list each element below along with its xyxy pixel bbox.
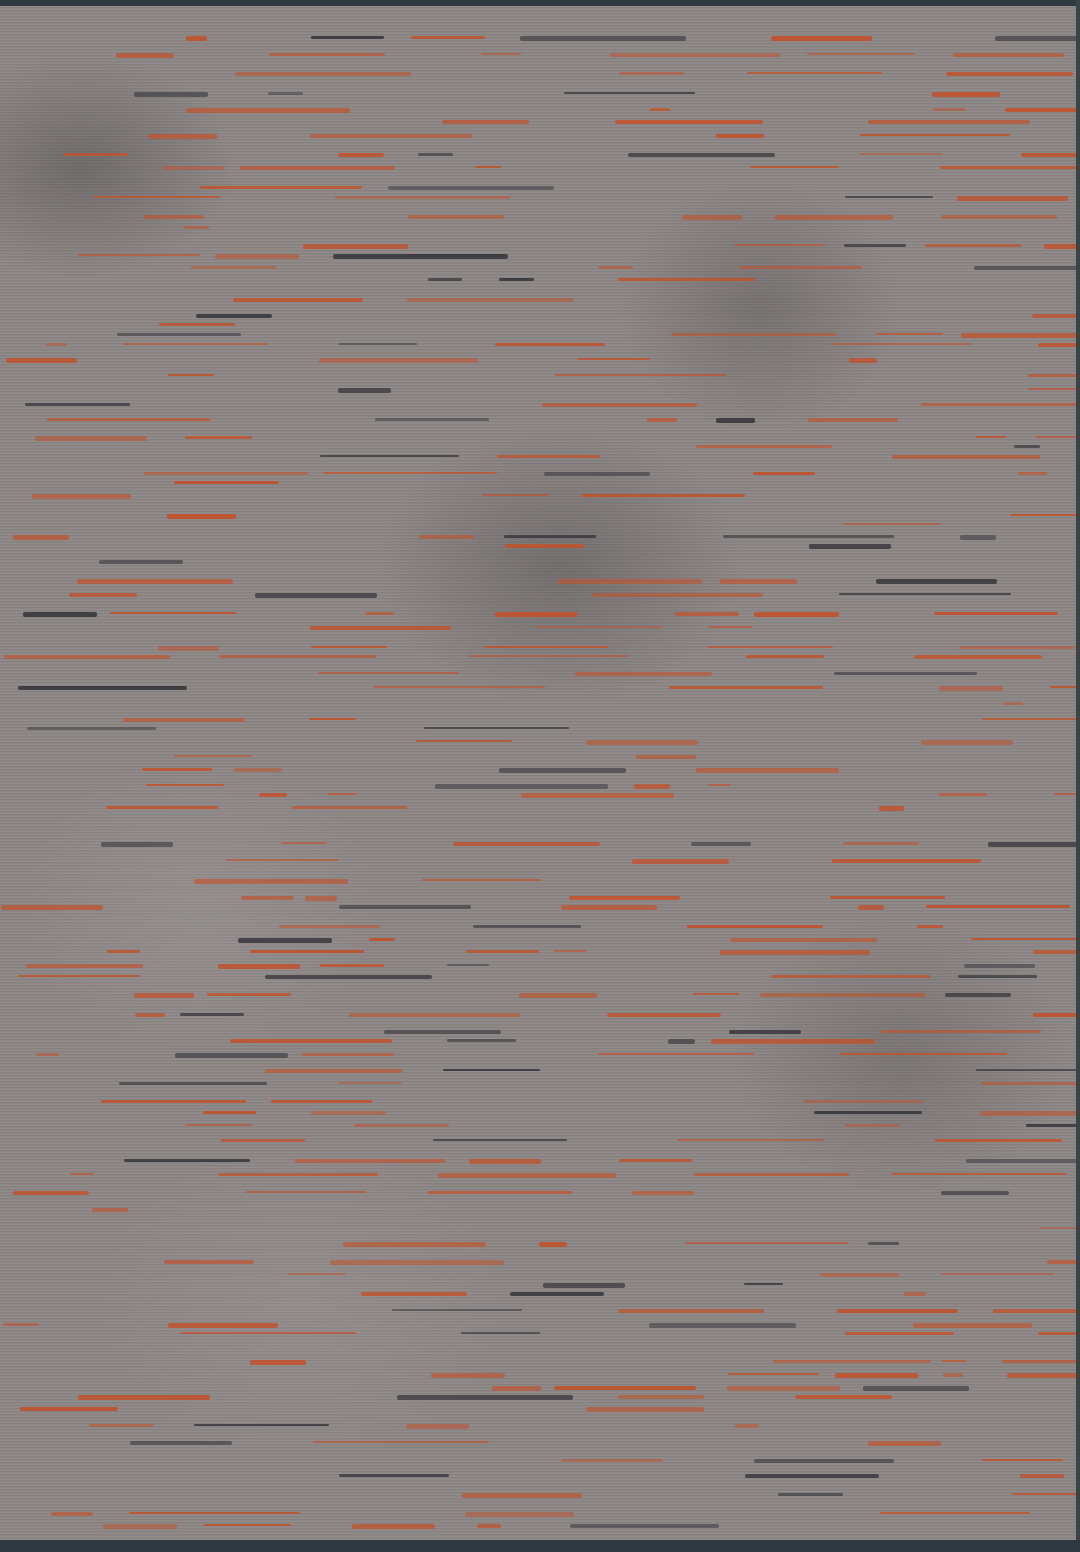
- rug-streak: [730, 938, 877, 942]
- rug-streak: [868, 1242, 899, 1245]
- rug-streak: [647, 418, 677, 422]
- rug-streak: [495, 343, 605, 346]
- rug-streak: [746, 655, 824, 658]
- rug-streak: [708, 784, 731, 786]
- rug-streak: [218, 964, 300, 969]
- rug-streak: [649, 1323, 796, 1328]
- rug-streak: [839, 593, 1011, 595]
- rug-streak: [830, 343, 971, 345]
- rug-streak: [392, 1309, 522, 1311]
- rug-streak: [1032, 314, 1080, 318]
- rug-streak: [671, 333, 837, 336]
- rug-streak: [482, 494, 549, 496]
- rug-streak: [352, 1524, 435, 1529]
- rug-streak: [837, 1309, 958, 1313]
- rug-streak: [1014, 445, 1040, 448]
- rug-streak: [473, 925, 581, 928]
- rug-streak: [844, 244, 906, 247]
- rug-streak: [934, 612, 1058, 615]
- rug-streak: [880, 1512, 1030, 1514]
- rug-streak: [632, 1191, 694, 1195]
- rug-streak: [144, 215, 204, 219]
- rug-streak: [419, 535, 474, 539]
- rug-streak: [481, 53, 521, 55]
- rug-streak: [1026, 1124, 1080, 1127]
- rug-streak: [438, 1173, 616, 1178]
- rug-streak: [338, 1082, 402, 1084]
- rug-streak: [443, 1069, 540, 1071]
- rug-streak: [942, 1360, 966, 1362]
- rug-streak: [422, 879, 541, 881]
- rug-streak: [130, 1441, 232, 1445]
- rug-streak: [619, 72, 684, 75]
- rug-streak: [196, 314, 272, 318]
- rug-streak: [320, 964, 384, 967]
- rug-streak: [917, 925, 943, 928]
- rug-streak: [144, 472, 308, 475]
- rug-streak: [675, 612, 739, 616]
- rug-streak: [339, 905, 471, 909]
- rug-streak: [462, 1493, 582, 1498]
- rug-streak: [832, 859, 981, 863]
- rug-streak: [240, 166, 395, 170]
- rug-streak: [747, 72, 882, 74]
- rug-streak: [36, 1053, 59, 1056]
- rug-streak: [303, 244, 408, 249]
- rug-streak: [311, 1111, 386, 1115]
- rug-streak: [807, 53, 915, 55]
- rug-streak: [668, 1039, 695, 1044]
- rug-streak: [940, 166, 1080, 169]
- rug-streak: [636, 755, 696, 759]
- rug-streak: [876, 579, 997, 584]
- rug-streak: [988, 842, 1079, 847]
- rug-streak: [830, 896, 945, 899]
- rug-streak: [20, 1407, 118, 1411]
- rug-streak: [696, 445, 832, 448]
- rug-streak: [943, 1373, 963, 1377]
- rug-streak: [13, 535, 69, 540]
- rug-streak: [226, 859, 339, 861]
- rug-binding-right: [1076, 0, 1080, 1552]
- rug-streak: [78, 254, 200, 256]
- rug-streak: [843, 523, 941, 525]
- rug-streak: [23, 612, 97, 617]
- rug-streak: [180, 1013, 244, 1016]
- rug-streak: [995, 36, 1080, 41]
- rug-streak: [311, 646, 387, 648]
- rug-streak: [271, 1100, 372, 1103]
- rug-streak: [107, 950, 140, 953]
- rug-streak: [18, 686, 187, 690]
- rug-streak: [650, 108, 670, 111]
- rug-streak: [1039, 1227, 1080, 1229]
- rug-streak: [369, 938, 395, 941]
- rug-streak: [18, 975, 140, 977]
- rug-streak: [820, 1273, 899, 1277]
- rug-streak: [407, 298, 574, 302]
- rug-streak: [469, 655, 628, 657]
- rug-streak: [238, 938, 332, 943]
- rug-streak: [475, 166, 501, 168]
- rug-streak: [461, 1332, 540, 1334]
- rug-streak: [716, 418, 755, 423]
- rug-streak: [174, 481, 279, 484]
- rug-streak: [610, 53, 780, 57]
- rug-streak: [1, 905, 103, 910]
- rug-streak: [723, 535, 894, 538]
- rug-streak: [773, 1360, 931, 1363]
- rug-streak: [696, 768, 839, 773]
- rug-streak: [453, 842, 600, 846]
- rug-streak: [1010, 514, 1080, 516]
- rug-streak: [586, 740, 698, 745]
- rug-streak: [4, 655, 170, 659]
- rug-streak: [711, 1039, 875, 1044]
- rug-streak: [876, 333, 943, 335]
- rug-streak: [495, 612, 577, 617]
- rug-streak: [51, 1512, 93, 1516]
- rug-streak: [220, 655, 376, 658]
- rug-streak: [164, 1260, 254, 1264]
- rug-streak: [313, 1441, 489, 1443]
- rug-streak: [431, 1373, 505, 1378]
- rug-streak: [505, 544, 585, 548]
- rug-streak: [720, 950, 870, 955]
- rug-streak: [750, 166, 839, 168]
- rug-streak: [754, 612, 839, 617]
- rug-photo: [0, 0, 1080, 1552]
- rug-streak: [269, 53, 385, 56]
- rug-streak: [953, 53, 1064, 57]
- rug-streak: [234, 768, 282, 772]
- rug-streak: [185, 436, 252, 439]
- rug-streak: [305, 896, 337, 901]
- rug-streak: [64, 153, 128, 156]
- rug-streak: [1028, 388, 1080, 390]
- rug-streak: [186, 108, 350, 113]
- rug-streak: [339, 1474, 449, 1477]
- rug-streak: [808, 418, 898, 422]
- rug-streak: [913, 1323, 1032, 1328]
- rug-streak: [693, 993, 739, 995]
- rug-streak: [1003, 702, 1023, 705]
- rug-streak: [442, 120, 529, 124]
- rug-streak: [974, 266, 1080, 270]
- rug-binding-bottom: [0, 1540, 1080, 1552]
- rug-streak: [858, 905, 884, 910]
- rug-streak: [492, 1386, 541, 1391]
- rug-streak: [504, 535, 596, 538]
- rug-streak: [971, 938, 1080, 940]
- rug-streak: [465, 1512, 574, 1517]
- rug-streak: [544, 472, 650, 476]
- rug-streak: [868, 120, 1030, 124]
- rug-streak: [843, 842, 919, 845]
- rug-streak: [302, 1053, 394, 1056]
- rug-streak: [521, 793, 674, 798]
- rug-streak: [685, 1242, 849, 1244]
- rug-streak: [607, 1013, 721, 1017]
- rug-streak: [964, 964, 1035, 968]
- rug-streak: [375, 418, 489, 421]
- rug-streak: [117, 333, 241, 336]
- rug-streak: [682, 215, 742, 220]
- rug-streak: [881, 1030, 1041, 1033]
- rug-streak: [586, 1407, 704, 1412]
- rug-streak: [158, 646, 219, 651]
- rug-streak: [89, 1424, 154, 1427]
- rug-streak: [694, 1173, 849, 1176]
- rug-streak: [384, 1030, 501, 1034]
- rug-streak: [259, 793, 287, 797]
- rug-streak: [397, 1395, 573, 1400]
- rug-streak: [424, 727, 569, 729]
- rug-streak: [803, 1100, 923, 1103]
- rug-streak: [310, 626, 451, 630]
- rug-streak: [892, 455, 1040, 459]
- rug-streak: [553, 950, 587, 952]
- rug-streak: [945, 993, 1011, 997]
- rug-streak: [628, 153, 775, 157]
- rug-streak: [78, 1395, 210, 1400]
- rug-streak: [935, 1139, 1062, 1142]
- rug-streak: [960, 535, 996, 540]
- rug-streak: [25, 403, 130, 406]
- rug-streak: [123, 343, 268, 345]
- rug-streak: [6, 358, 77, 363]
- rug-streak: [221, 1139, 305, 1142]
- rug-streak: [1036, 436, 1080, 438]
- rug-streak: [958, 975, 1037, 978]
- rug-streak: [982, 1459, 1063, 1461]
- rug-streak: [575, 672, 712, 676]
- rug-streak: [3, 1323, 39, 1326]
- rug-streak: [925, 244, 1022, 247]
- rug-streak: [69, 593, 137, 597]
- rug-streak: [840, 1053, 1007, 1055]
- rug-streak: [168, 1323, 278, 1328]
- rug-streak: [555, 374, 726, 376]
- rug-streak: [720, 579, 797, 584]
- rug-streak: [310, 134, 472, 138]
- rug-streak: [859, 153, 942, 155]
- rug-streak: [677, 1139, 824, 1141]
- rug-streak: [921, 740, 1013, 745]
- rug-streak: [926, 905, 1070, 908]
- rug-streak: [477, 1524, 501, 1528]
- rug-streak: [265, 975, 432, 979]
- rug-streak: [814, 1111, 922, 1114]
- rug-streak: [186, 36, 207, 41]
- rug-streak: [435, 784, 608, 789]
- rug-streak: [338, 388, 391, 393]
- rug-streak: [388, 186, 554, 190]
- rug-streak: [327, 793, 357, 795]
- rug-streak: [484, 646, 609, 648]
- rug-streak: [510, 1292, 604, 1296]
- rug-streak: [708, 626, 752, 628]
- rug-streak: [577, 358, 650, 360]
- rug-streak: [279, 925, 380, 928]
- rug-streak: [558, 579, 702, 584]
- rug-streak: [845, 196, 933, 198]
- rug-streak: [619, 1159, 692, 1162]
- rug-streak: [207, 993, 291, 996]
- rug-streak: [106, 806, 218, 809]
- rug-streak: [320, 455, 459, 457]
- rug-streak: [618, 1309, 764, 1313]
- rug-streak: [134, 92, 208, 97]
- rug-streak: [1033, 950, 1080, 954]
- rug-streak: [542, 403, 697, 407]
- rug-streak: [1044, 244, 1080, 249]
- rug-streak: [119, 1082, 267, 1085]
- rug-streak: [447, 964, 489, 966]
- rug-streak: [447, 1039, 516, 1042]
- rug-streak: [868, 1441, 941, 1446]
- rug-streak: [281, 842, 327, 844]
- rug-streak: [255, 593, 377, 598]
- rug-streak: [142, 768, 212, 771]
- rug-streak: [1002, 1360, 1080, 1363]
- rug-streak: [335, 196, 510, 199]
- rug-streak: [333, 254, 508, 259]
- rug-streak: [103, 1524, 177, 1529]
- rug-streak: [433, 1139, 567, 1141]
- rug-streak: [669, 686, 823, 689]
- rug-streak: [539, 1242, 567, 1247]
- rug-streak: [99, 560, 183, 564]
- rug-streak: [740, 266, 862, 269]
- rug-streak: [1018, 472, 1047, 475]
- rug-streak: [941, 1273, 1054, 1275]
- rug-streak: [618, 278, 755, 281]
- rug-streak: [70, 1173, 94, 1175]
- rug-streak: [771, 975, 930, 978]
- rug-streak: [716, 134, 764, 138]
- rug-streak: [101, 1100, 246, 1103]
- rug-streak: [891, 1173, 1066, 1175]
- rug-streak: [241, 896, 294, 900]
- rug-streak: [124, 1159, 250, 1162]
- rug-streak: [292, 806, 407, 809]
- rug-streak: [1033, 1013, 1080, 1017]
- rug-streak: [976, 1069, 1080, 1071]
- rug-streak: [809, 544, 891, 549]
- rug-streak: [993, 1309, 1080, 1313]
- rug-streak: [418, 153, 453, 156]
- rug-streak: [729, 1030, 801, 1034]
- rug-streak: [863, 1386, 969, 1391]
- rug-streak: [428, 278, 462, 281]
- rug-streak: [318, 672, 459, 674]
- rug-streak: [745, 1474, 879, 1478]
- rug-streak: [849, 358, 877, 363]
- rug-streak: [295, 1159, 445, 1163]
- rug-streak: [691, 842, 751, 846]
- rug-streak: [233, 298, 363, 302]
- rug-streak: [499, 278, 534, 281]
- rug-streak: [497, 455, 600, 458]
- rug-streak: [406, 1424, 469, 1429]
- rug-streak: [946, 72, 1073, 76]
- rug-streak: [778, 1493, 843, 1496]
- rug-streak: [1038, 1332, 1080, 1335]
- rug-streak: [168, 374, 214, 376]
- rug-streak: [311, 36, 384, 39]
- rug-streak: [939, 793, 987, 796]
- rug-streak: [835, 1373, 918, 1378]
- rug-streak: [287, 1273, 346, 1275]
- rug-streak: [707, 646, 833, 648]
- rug-streak: [123, 718, 245, 722]
- rug-streak: [47, 418, 211, 421]
- rug-streak: [250, 1360, 306, 1365]
- rug-streak: [775, 215, 893, 220]
- rug-streak: [561, 905, 657, 910]
- rug-streak: [235, 72, 411, 76]
- rug-streak: [204, 1524, 291, 1526]
- rug-streak: [46, 343, 67, 346]
- rug-streak: [543, 1283, 625, 1288]
- rug-streak: [323, 472, 497, 474]
- rug-streak: [959, 646, 1075, 649]
- rug-streak: [101, 842, 173, 847]
- rug-streak: [411, 36, 485, 39]
- rug-streak: [1007, 1373, 1080, 1378]
- rug-streak: [1020, 1474, 1064, 1478]
- rug-streak: [215, 254, 299, 259]
- rug-streak: [343, 1242, 486, 1247]
- rug-streak: [116, 53, 174, 58]
- rug-streak: [570, 1524, 719, 1528]
- rug-streak: [184, 226, 209, 229]
- rug-streak: [941, 1191, 1009, 1195]
- rug-streak: [598, 1053, 754, 1055]
- rug-streak: [914, 655, 1042, 659]
- rug-streak: [520, 36, 686, 41]
- rug-streak: [309, 718, 356, 720]
- rug-streak: [26, 964, 143, 968]
- rug-streak: [564, 92, 695, 94]
- rug-streak: [939, 686, 1003, 691]
- rug-streak: [760, 993, 926, 997]
- rug-streak: [32, 494, 131, 499]
- rug-streak: [175, 1053, 288, 1058]
- rug-streak: [469, 1159, 541, 1164]
- rug-streak: [129, 1512, 300, 1514]
- rug-streak: [634, 784, 670, 789]
- rug-streak: [1012, 1493, 1079, 1495]
- rug-streak: [246, 1191, 366, 1193]
- rug-streak: [174, 755, 252, 757]
- rug-streak: [35, 436, 147, 441]
- rug-streak: [615, 120, 763, 124]
- rug-streak: [135, 1013, 165, 1017]
- rug-streak: [921, 403, 1080, 406]
- rug-streak: [338, 153, 384, 157]
- rug-streak: [581, 494, 745, 497]
- rug-streak: [499, 768, 626, 773]
- rug-streak: [185, 1124, 252, 1126]
- rug-streak: [349, 1013, 520, 1017]
- rug-streak: [92, 1208, 128, 1212]
- rug-streak: [561, 1459, 663, 1462]
- rug-streak: [13, 1191, 89, 1195]
- rug-streak: [93, 196, 220, 198]
- rug-streak: [753, 472, 815, 475]
